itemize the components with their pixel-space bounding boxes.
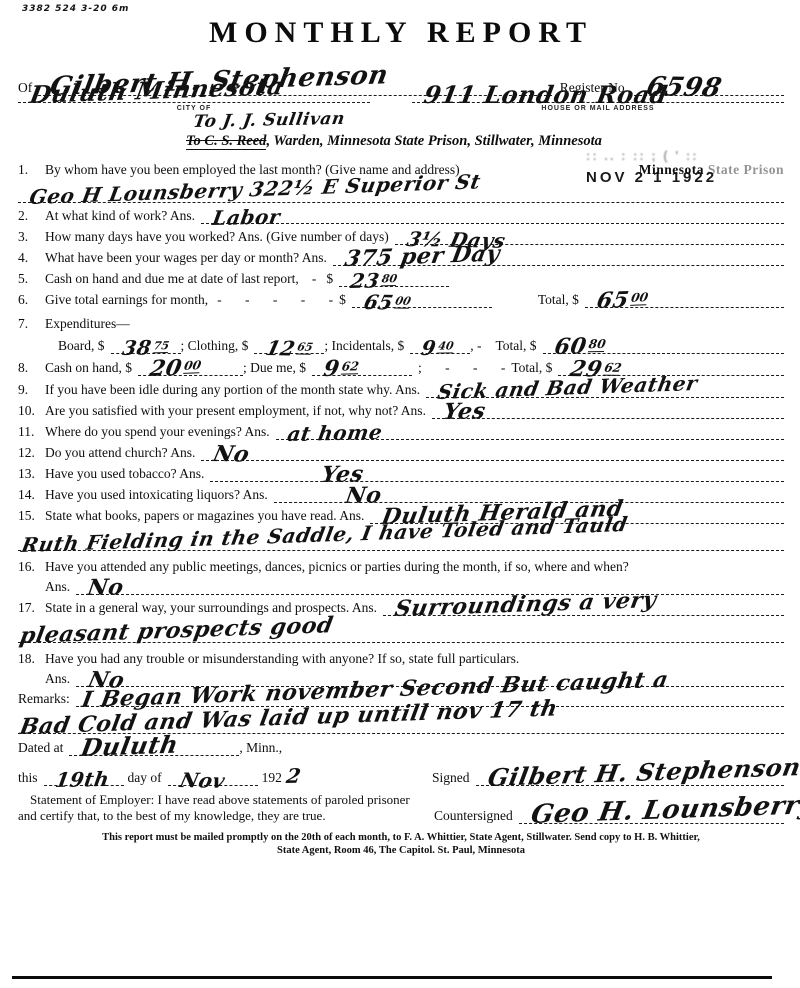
question-number: 11. bbox=[18, 424, 45, 440]
question-text: Do you attend church? Ans. bbox=[45, 445, 198, 461]
question-text: Give total earnings for month, bbox=[45, 292, 211, 308]
prison-stamp: Minnesota State Prison bbox=[639, 162, 784, 178]
address-block: 911 London Road HOUSE OR MAIL ADDRESS bbox=[412, 102, 784, 112]
handwritten-total-6: 6500 bbox=[595, 288, 650, 312]
board-write-line: 3875 bbox=[111, 339, 181, 354]
incidentals-label: ; Incidentals, $ bbox=[324, 338, 407, 354]
total-write-line: 6500 bbox=[585, 293, 784, 308]
filler-dashes: ; - - - bbox=[412, 360, 511, 376]
dollar-sign: $ bbox=[326, 271, 336, 287]
question-text: If you have been idle during any portion… bbox=[45, 382, 423, 398]
answer-write-line: No bbox=[76, 580, 784, 595]
answer-write-line: Yes bbox=[432, 404, 784, 419]
handwritten-answer-14: No bbox=[344, 484, 383, 507]
dash: - bbox=[302, 271, 327, 287]
dollar-sign: $ bbox=[339, 292, 349, 308]
question-number: 1. bbox=[18, 162, 45, 178]
handwritten-total-7: 6080 bbox=[553, 335, 607, 358]
question-number: 2. bbox=[18, 208, 45, 224]
handwritten-cash: 2000 bbox=[148, 356, 203, 380]
question-2: 2. At what kind of work? Ans. Labor bbox=[18, 208, 784, 224]
handwritten-answer-10: Yes bbox=[442, 400, 487, 423]
handwritten-answer-4: 375 per Day bbox=[343, 243, 502, 270]
amount-write-line: 6500 bbox=[352, 293, 492, 308]
answer-write-line: Yes bbox=[210, 467, 784, 482]
handwritten-answer-11: at home bbox=[286, 422, 384, 444]
question-5: 5. Cash on hand and due me at date of la… bbox=[18, 271, 784, 287]
handwritten-clothing: 1265 bbox=[264, 338, 315, 359]
total-label: Total, $ bbox=[511, 360, 555, 376]
form-print-code: 3382 524 3-20 6m bbox=[22, 4, 784, 14]
question-number: 10. bbox=[18, 403, 45, 419]
amount-dollars: 65 bbox=[361, 290, 395, 314]
incidentals-dollars: 9 bbox=[420, 336, 438, 360]
incidentals-cents: 40 bbox=[437, 339, 455, 353]
cash-dollars: 20 bbox=[148, 355, 184, 382]
answer-write-line: Ruth Fielding in the Saddle, I have Tole… bbox=[18, 528, 784, 551]
handwritten-answer-17b: pleasant prospects good bbox=[18, 614, 335, 647]
question-number: 16. bbox=[18, 559, 45, 575]
date-line: this 19th day of Nov 192 2 bbox=[18, 766, 408, 786]
question-number: 9. bbox=[18, 382, 45, 398]
countersigned-label: Countersigned bbox=[434, 808, 516, 824]
dated-at-label: Dated at bbox=[18, 740, 66, 756]
answer-write-line: 375 per Day bbox=[333, 251, 784, 266]
remarks-label: Remarks: bbox=[18, 691, 73, 707]
answer-write-line: Sick and Bad Weather bbox=[426, 383, 784, 398]
clothing-dollars: 12 bbox=[264, 336, 298, 360]
handwritten-amount-5: 2380 bbox=[349, 270, 398, 291]
handwritten-answer-12: No bbox=[211, 443, 252, 466]
handwritten-city: Duluth Minnesota bbox=[28, 74, 286, 107]
handwritten-month: Nov bbox=[178, 770, 227, 791]
year-printed: 192 bbox=[258, 770, 285, 786]
question-7-detail: Board, $ 3875 ; Clothing, $ 1265 ; Incid… bbox=[58, 338, 784, 354]
handwritten-answer-2: Labor bbox=[211, 207, 282, 228]
question-3: 3. How many days have you worked? Ans. (… bbox=[18, 229, 784, 245]
amount-write-line: 2380 bbox=[339, 272, 449, 287]
handwritten-countersignature: Geo H. Lounsberry bbox=[529, 792, 800, 828]
cash-cents: 00 bbox=[183, 358, 203, 374]
ans-label: Ans. bbox=[45, 579, 73, 595]
total-cents: 00 bbox=[630, 290, 650, 306]
handwritten-amount-6: 6500 bbox=[362, 292, 413, 313]
question-text: Are you satisfied with your present empl… bbox=[45, 403, 429, 419]
answer-write-line: pleasant prospects good bbox=[18, 620, 784, 643]
question-number: 8. bbox=[18, 360, 45, 376]
question-15-answer-line-2: Ruth Fielding in the Saddle, I have Tole… bbox=[18, 528, 784, 551]
question-number: 17. bbox=[18, 600, 45, 616]
question-16-answer-line: Ans. No bbox=[45, 579, 784, 595]
signed-label: Signed bbox=[432, 770, 473, 786]
handwritten-day: 19th bbox=[54, 769, 111, 790]
scan-edge-artifact bbox=[12, 976, 772, 979]
handwritten-answer-16: No bbox=[86, 576, 125, 599]
question-text: Where do you spend your evenings? Ans. bbox=[45, 424, 273, 440]
question-number: 13. bbox=[18, 466, 45, 482]
total-label: Total, $ bbox=[538, 292, 582, 308]
question-16: 16. Have you attended any public meeting… bbox=[18, 559, 784, 575]
addressee-rest: , Warden, Minnesota State Prison, Stillw… bbox=[266, 133, 601, 149]
handwritten-address: 911 London Road bbox=[422, 83, 669, 107]
board-dollars: 38 bbox=[120, 335, 153, 360]
prison-stamp-bold: Minnesota bbox=[639, 162, 704, 177]
question-number: 6. bbox=[18, 292, 45, 308]
employer-block: Statement of Employer: I have read above… bbox=[18, 792, 784, 825]
due-cents: 62 bbox=[341, 359, 360, 374]
mailing-instructions: This report must be mailed promptly on t… bbox=[18, 831, 784, 858]
ans-label: Ans. bbox=[45, 671, 73, 687]
question-text: Have you used intoxicating liquors? Ans. bbox=[45, 487, 271, 503]
due-dollars: 9 bbox=[322, 356, 342, 382]
question-text: Have you used tobacco? Ans. bbox=[45, 466, 207, 482]
countersigned-line: Countersigned Geo H. Lounsberry bbox=[434, 808, 784, 824]
this-label: this bbox=[18, 770, 41, 786]
question-13: 13. Have you used tobacco? Ans. Yes bbox=[18, 466, 784, 482]
month-write-line: Nov bbox=[168, 771, 258, 786]
question-12: 12. Do you attend church? Ans. No bbox=[18, 445, 784, 461]
scanned-form-page: 3382 524 3-20 6m MONTHLY REPORT Of Gilbe… bbox=[0, 0, 800, 858]
question-11: 11. Where do you spend your evenings? An… bbox=[18, 424, 784, 440]
handwritten-incidentals: 940 bbox=[420, 337, 455, 358]
signed-line: Signed Gilbert H. Stephenson bbox=[432, 770, 784, 786]
board-label: Board, $ bbox=[58, 338, 108, 354]
illegible-stamp: :: .. : :: ; ( ' :: bbox=[586, 148, 786, 163]
question-14: 14. Have you used intoxicating liquors? … bbox=[18, 487, 784, 503]
question-17: 17. State in a general way, your surroun… bbox=[18, 600, 784, 616]
dated-signed-block: Dated at Duluth , Minn., this 19th day o… bbox=[18, 740, 784, 786]
clothing-cents: 65 bbox=[296, 341, 314, 355]
question-number: 5. bbox=[18, 271, 45, 287]
mailing-instructions-line-2: State Agent, Room 46, The Capitol. St. P… bbox=[18, 844, 784, 858]
amount-cents: 80 bbox=[381, 272, 399, 286]
day-write-line: 19th bbox=[44, 771, 124, 786]
question-1-answer-line: Geo H Lounsberry 322½ E Superior St bbox=[18, 180, 784, 203]
clothing-write-line: 1265 bbox=[254, 339, 324, 354]
total-cents: 80 bbox=[587, 337, 606, 352]
handwritten-addressee: To J. J. Sullivan bbox=[192, 111, 346, 131]
question-text: Have you had any trouble or misunderstan… bbox=[45, 651, 522, 667]
day-of-label: day of bbox=[124, 770, 165, 786]
countersignature-write-line: Geo H. Lounsberry bbox=[519, 809, 784, 824]
question-text: Cash on hand and due me at date of last … bbox=[45, 271, 302, 287]
question-number: 4. bbox=[18, 250, 45, 266]
handwritten-place: Duluth bbox=[79, 733, 180, 760]
question-number: 14. bbox=[18, 487, 45, 503]
minn-label: , Minn., bbox=[239, 740, 285, 756]
comma-dash: , - bbox=[470, 338, 495, 354]
cash-write-line: 2000 bbox=[138, 361, 243, 376]
question-number: 18. bbox=[18, 651, 45, 667]
mailing-instructions-line-1: This report must be mailed promptly on t… bbox=[18, 831, 784, 845]
question-number: 15. bbox=[18, 508, 45, 524]
handwritten-signature: Gilbert H. Stephenson bbox=[486, 755, 800, 790]
question-text: Have you attended any public meetings, d… bbox=[45, 559, 632, 575]
amount-cents: 00 bbox=[393, 295, 411, 309]
cash-label: Cash on hand, $ bbox=[45, 360, 135, 376]
clothing-label: ; Clothing, $ bbox=[181, 338, 252, 354]
addressee-block: To J. J. Sullivan To C. S. Reed, Warden,… bbox=[186, 114, 784, 150]
handwritten-year-digit: 2 bbox=[285, 766, 303, 786]
question-text: Expenditures— bbox=[45, 316, 133, 332]
question-text: State what books, papers or magazines yo… bbox=[45, 508, 367, 524]
address-write-line: 911 London Road bbox=[412, 102, 784, 103]
handwritten-due: 962 bbox=[322, 357, 360, 380]
due-write-line: 962 bbox=[312, 361, 412, 376]
city-write-line: Duluth Minnesota bbox=[18, 102, 370, 103]
question-4: 4. What have been your wages per day or … bbox=[18, 250, 784, 266]
incidentals-write-line: 940 bbox=[410, 339, 470, 354]
employer-statement: Statement of Employer: I have read above… bbox=[18, 792, 418, 825]
question-6: 6. Give total earnings for month, - - - … bbox=[18, 292, 784, 308]
question-text: How many days have you worked? Ans. (Giv… bbox=[45, 229, 392, 245]
answer-write-line: at home bbox=[276, 425, 784, 440]
prison-stamp-faded: State Prison bbox=[704, 162, 784, 177]
board-cents: 75 bbox=[152, 339, 170, 353]
answer-write-line: Geo H Lounsberry 322½ E Superior St bbox=[18, 180, 784, 203]
total-write-line: 6080 bbox=[543, 339, 784, 354]
question-17-answer-line-2: pleasant prospects good bbox=[18, 620, 784, 643]
question-text: At what kind of work? Ans. bbox=[45, 208, 198, 224]
answer-write-line: Labor bbox=[201, 209, 784, 224]
struck-addressee: To C. S. Reed bbox=[186, 133, 266, 150]
dated-at-line: Dated at Duluth , Minn., bbox=[18, 740, 408, 756]
page-title: MONTHLY REPORT bbox=[18, 16, 784, 50]
question-number: 12. bbox=[18, 445, 45, 461]
question-9: 9. If you have been idle during any port… bbox=[18, 382, 784, 398]
place-write-line: Duluth bbox=[69, 741, 239, 756]
signed-block: Signed Gilbert H. Stephenson bbox=[432, 744, 784, 786]
filler-dashes: - - - - - bbox=[211, 292, 339, 308]
question-10: 10. Are you satisfied with your present … bbox=[18, 403, 784, 419]
answer-write-line: No bbox=[201, 446, 784, 461]
question-18: 18. Have you had any trouble or misunder… bbox=[18, 651, 784, 667]
signature-write-line: Gilbert H. Stephenson bbox=[476, 771, 784, 786]
question-number: 7. bbox=[18, 316, 45, 332]
answer-write-line: Surroundings a very bbox=[383, 601, 784, 616]
due-label: ; Due me, $ bbox=[243, 360, 309, 376]
total-label: Total, $ bbox=[496, 338, 540, 354]
total-dollars: 65 bbox=[595, 287, 631, 314]
dated-block-left: Dated at Duluth , Minn., this 19th day o… bbox=[18, 740, 408, 786]
countersigned-block: Countersigned Geo H. Lounsberry bbox=[434, 808, 784, 824]
question-text: What have been your wages per day or mon… bbox=[45, 250, 330, 266]
question-7: 7. Expenditures— bbox=[18, 316, 784, 332]
question-number: 3. bbox=[18, 229, 45, 245]
city-address-line: Duluth Minnesota CITY OF 911 London Road… bbox=[18, 102, 784, 112]
